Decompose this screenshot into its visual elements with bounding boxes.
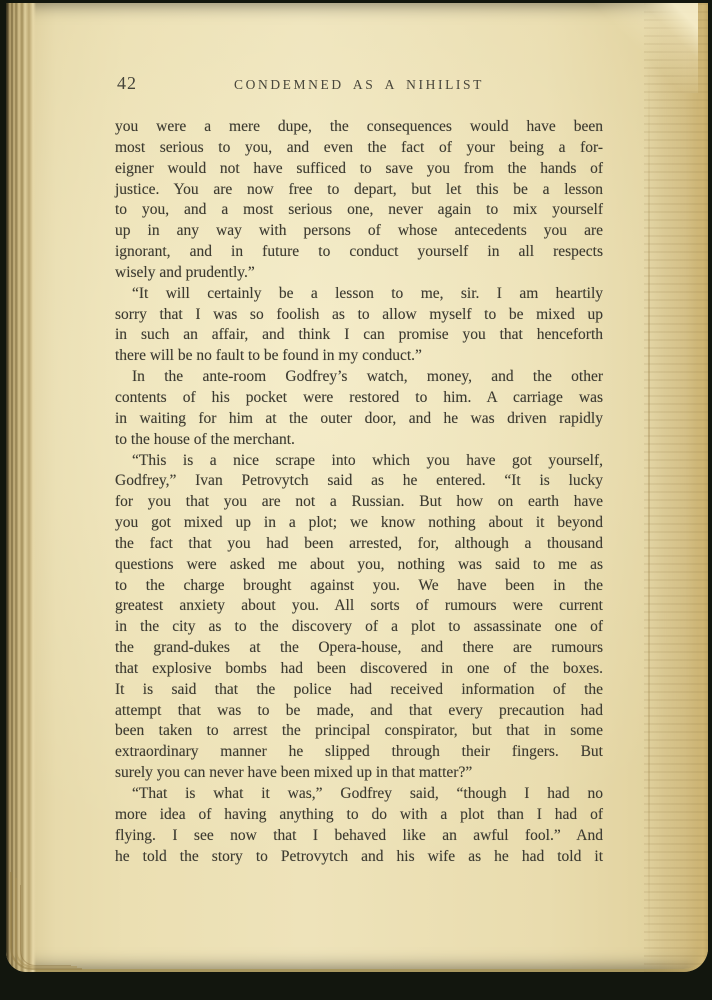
text-line: extraordinary manner he slipped through …	[115, 742, 603, 763]
text-line: justice. You are now free to depart, but…	[115, 180, 603, 201]
text-line: the grand-dukes at the Opera-house, and …	[115, 638, 603, 659]
fore-edge-crease	[648, 63, 650, 959]
text-line: “This is a nice scrape into which you ha…	[115, 451, 603, 472]
text-line: In the ante-room Godfrey’s watch, money,…	[115, 367, 603, 388]
text-line: greatest anxiety about you. All sorts of…	[115, 596, 603, 617]
fore-edge-page-stack	[644, 3, 708, 972]
text-line: the fact that you had been arrested, for…	[115, 534, 603, 555]
binding-page-edges	[6, 3, 36, 972]
text-line: for you that you are not a Russian. But …	[115, 492, 603, 513]
text-line: It is said that the police had received …	[115, 680, 603, 701]
text-line: contents of his pocket were restored to …	[115, 388, 603, 409]
text-line: more idea of having anything to do with …	[115, 805, 603, 826]
running-header: 42 CONDEMNED AS A NIHILIST	[115, 73, 603, 99]
text-line: eigner would not have sufficed to save y…	[115, 159, 603, 180]
text-line: “That is what it was,” Godfrey said, “th…	[115, 784, 603, 805]
text-line: attempt that was to be made, and that ev…	[115, 701, 603, 722]
text-line: in such an affair, and think I can promi…	[115, 325, 603, 346]
text-line: questions were asked me about you, nothi…	[115, 555, 603, 576]
text-line: in waiting for him at the outer door, an…	[115, 409, 603, 430]
text-line: in the city as to the discovery of a plo…	[115, 617, 603, 638]
text-line: to the house of the merchant.	[115, 430, 603, 451]
text-line: he told the story to Petrovytch and his …	[115, 847, 603, 868]
text-line: ignorant, and in future to conduct yours…	[115, 242, 603, 263]
text-line: most serious to you, and even the fact o…	[115, 138, 603, 159]
book-photo: 42 CONDEMNED AS A NIHILIST you were a me…	[0, 0, 712, 1000]
text-line: to the charge brought against you. We ha…	[115, 576, 603, 597]
text-line: there will be no fault to be found in my…	[115, 346, 603, 367]
text-line: wisely and prudently.”	[115, 263, 603, 284]
text-line: that explosive bombs had been discovered…	[115, 659, 603, 680]
text-line: surely you can never have been mixed up …	[115, 763, 603, 784]
text-line: flying. I see now that I behaved like an…	[115, 826, 603, 847]
text-line: to you, and a most serious one, never ag…	[115, 200, 603, 221]
text-line: “It will certainly be a lesson to me, si…	[115, 284, 603, 305]
text-line: been taken to arrest the principal consp…	[115, 721, 603, 742]
text-line: up in any way with persons of whose ante…	[115, 221, 603, 242]
book-page: 42 CONDEMNED AS A NIHILIST you were a me…	[6, 3, 708, 972]
running-title: CONDEMNED AS A NIHILIST	[115, 77, 603, 93]
text-line: sorry that I was so foolish as to allow …	[115, 305, 603, 326]
text-line: you got mixed up in a plot; we know noth…	[115, 513, 603, 534]
page-text: you were a mere dupe, the consequences w…	[115, 117, 603, 867]
text-line: Godfrey,” Ivan Petrovytch said as he ent…	[115, 471, 603, 492]
text-line: you were a mere dupe, the consequences w…	[115, 117, 603, 138]
